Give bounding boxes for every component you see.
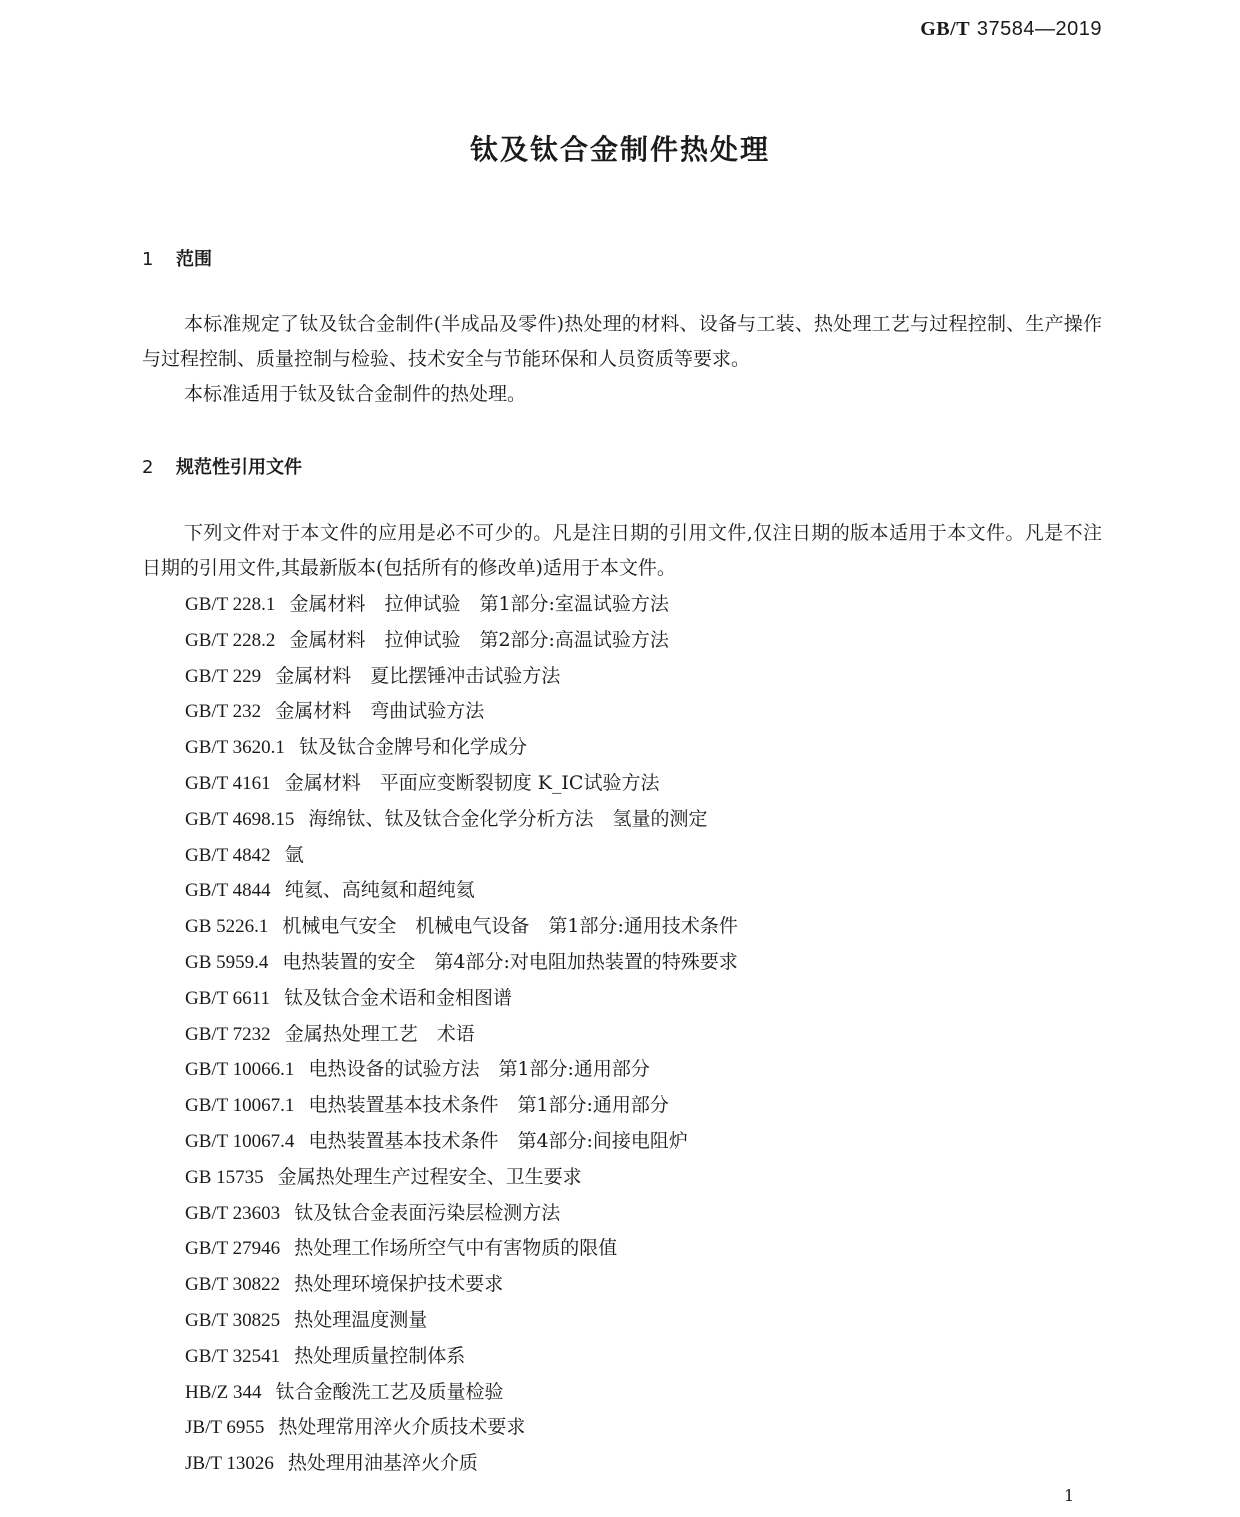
reference-code: GB/T 4842 [185,845,271,866]
reference-title: 热处理环境保护技术要求 [294,1273,503,1295]
reference-title: 金属材料 夏比摆锤冲击试验方法 [275,665,560,687]
reference-title: 电热装置的安全 第4部分:对电阻加热装置的特殊要求 [282,951,738,973]
reference-item: GB 15735金属热处理生产过程安全、卫生要求 [185,1160,738,1196]
reference-item: GB/T 4698.15海绵钛、钛及钛合金化学分析方法 氢量的测定 [185,802,738,838]
reference-title: 金属材料 拉伸试验 第2部分:高温试验方法 [289,629,669,651]
reference-code: GB/T 4161 [185,773,271,794]
reference-title: 电热设备的试验方法 第1部分:通用部分 [308,1058,650,1080]
reference-code: GB/T 30825 [185,1310,280,1331]
reference-code: GB/T 10067.4 [185,1131,294,1152]
reference-code: GB/T 3620.1 [185,737,285,758]
reference-title: 热处理质量控制体系 [294,1345,465,1367]
reference-title: 金属热处理生产过程安全、卫生要求 [278,1166,582,1188]
reference-code: GB/T 6611 [185,988,270,1009]
reference-title: 氩 [285,844,304,866]
reference-code: GB/T 30822 [185,1274,280,1295]
reference-item: GB/T 4842氩 [185,838,738,874]
reference-item: HB/Z 344钛合金酸洗工艺及质量检验 [185,1375,738,1411]
reference-code: GB/T 228.2 [185,630,275,651]
reference-code: JB/T 13026 [185,1453,274,1474]
reference-item: GB 5959.4电热装置的安全 第4部分:对电阻加热装置的特殊要求 [185,945,738,981]
reference-item: GB/T 7232金属热处理工艺 术语 [185,1017,738,1053]
reference-code: GB 5226.1 [185,916,268,937]
reference-title: 纯氦、高纯氦和超纯氦 [285,879,475,901]
reference-code: GB/T 232 [185,701,261,722]
reference-title: 金属材料 弯曲试验方法 [275,700,484,722]
reference-item: GB/T 10066.1电热设备的试验方法 第1部分:通用部分 [185,1052,738,1088]
reference-code: JB/T 6955 [185,1417,264,1438]
reference-title: 热处理温度测量 [294,1309,427,1331]
paragraph: 本标准规定了钛及钛合金制件(半成品及零件)热处理的材料、设备与工装、热处理工艺与… [142,307,1102,377]
reference-title: 金属材料 平面应变断裂韧度 K_IC试验方法 [285,772,660,794]
section-title: 范围 [176,249,212,270]
paragraph: 下列文件对于本文件的应用是必不可少的。凡是注日期的引用文件,仅注日期的版本适用于… [142,516,1102,586]
reference-item: GB/T 27946热处理工作场所空气中有害物质的限值 [185,1231,738,1267]
standard-prefix: GB/T [920,18,970,40]
page-number: 1 [1064,1486,1074,1505]
reference-code: GB/T 4698.15 [185,809,294,830]
reference-title: 海绵钛、钛及钛合金化学分析方法 氢量的测定 [308,808,707,830]
reference-item: GB/T 32541热处理质量控制体系 [185,1339,738,1375]
reference-title: 钛合金酸洗工艺及质量检验 [276,1381,504,1403]
reference-item: GB/T 229金属材料 夏比摆锤冲击试验方法 [185,659,738,695]
reference-code: GB/T 10067.1 [185,1095,294,1116]
reference-title: 金属材料 拉伸试验 第1部分:室温试验方法 [289,593,669,615]
standard-code: 37584—2019 [977,18,1102,40]
reference-item: GB/T 4161金属材料 平面应变断裂韧度 K_IC试验方法 [185,766,738,802]
reference-code: HB/Z 344 [185,1382,262,1403]
reference-title: 机械电气安全 机械电气设备 第1部分:通用技术条件 [282,915,738,937]
reference-item: JB/T 13026热处理用油基淬火介质 [185,1446,738,1482]
paragraph: 本标准适用于钛及钛合金制件的热处理。 [142,377,1102,412]
section-number: 1 [142,249,176,270]
reference-title: 钛及钛合金表面污染层检测方法 [294,1202,560,1224]
reference-code: GB/T 229 [185,666,261,687]
document-title: 钛及钛合金制件热处理 [0,128,1240,168]
reference-title: 金属热处理工艺 术语 [285,1023,475,1045]
section-heading-normative-references: 2规范性引用文件 [142,453,302,479]
reference-item: JB/T 6955热处理常用淬火介质技术要求 [185,1410,738,1446]
section-number: 2 [142,457,176,478]
section-heading-scope: 1范围 [142,245,212,271]
reference-item: GB/T 228.1金属材料 拉伸试验 第1部分:室温试验方法 [185,587,738,623]
reference-item: GB/T 3620.1钛及钛合金牌号和化学成分 [185,730,738,766]
reference-item: GB/T 6611钛及钛合金术语和金相图谱 [185,981,738,1017]
reference-title: 热处理用油基淬火介质 [288,1452,478,1474]
reference-item: GB/T 23603钛及钛合金表面污染层检测方法 [185,1196,738,1232]
reference-code: GB 5959.4 [185,952,268,973]
reference-title: 电热装置基本技术条件 第4部分:间接电阻炉 [308,1130,688,1152]
section-title: 规范性引用文件 [176,457,302,478]
reference-item: GB/T 10067.4电热装置基本技术条件 第4部分:间接电阻炉 [185,1124,738,1160]
reference-code: GB/T 27946 [185,1238,280,1259]
reference-item: GB 5226.1机械电气安全 机械电气设备 第1部分:通用技术条件 [185,909,738,945]
reference-title: 电热装置基本技术条件 第1部分:通用部分 [308,1094,669,1116]
reference-list: GB/T 228.1金属材料 拉伸试验 第1部分:室温试验方法 GB/T 228… [185,587,738,1482]
reference-item: GB/T 228.2金属材料 拉伸试验 第2部分:高温试验方法 [185,623,738,659]
reference-code: GB/T 10066.1 [185,1059,294,1080]
reference-item: GB/T 30822热处理环境保护技术要求 [185,1267,738,1303]
standard-number: GB/T 37584—2019 [920,16,1102,41]
reference-item: GB/T 30825热处理温度测量 [185,1303,738,1339]
reference-code: GB/T 23603 [185,1203,280,1224]
reference-code: GB 15735 [185,1167,264,1188]
reference-title: 热处理常用淬火介质技术要求 [278,1416,525,1438]
reference-code: GB/T 228.1 [185,594,275,615]
reference-code: GB/T 4844 [185,880,271,901]
reference-title: 热处理工作场所空气中有害物质的限值 [294,1237,617,1259]
reference-code: GB/T 32541 [185,1346,280,1367]
reference-code: GB/T 7232 [185,1024,271,1045]
reference-item: GB/T 10067.1电热装置基本技术条件 第1部分:通用部分 [185,1088,738,1124]
reference-title: 钛及钛合金术语和金相图谱 [284,987,512,1009]
reference-title: 钛及钛合金牌号和化学成分 [299,736,527,758]
reference-item: GB/T 232金属材料 弯曲试验方法 [185,694,738,730]
reference-item: GB/T 4844纯氦、高纯氦和超纯氦 [185,873,738,909]
